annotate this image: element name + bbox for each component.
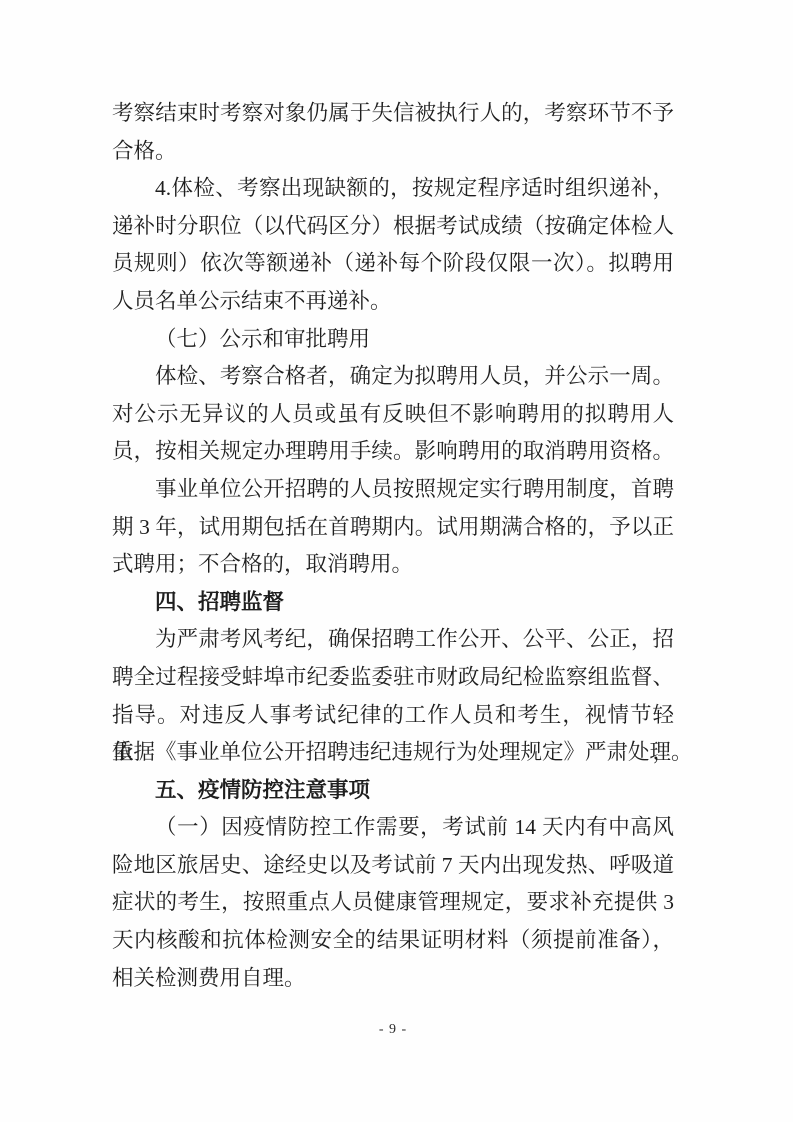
text-line: 体检、考察合格者，确定为拟聘用人员，并公示一周。 <box>112 358 674 396</box>
text-line: 员，按相关规定办理聘用手续。影响聘用的取消聘用资格。 <box>112 433 674 471</box>
text-line: 人员名单公示结束不再递补。 <box>112 283 674 321</box>
text-line: 症状的考生，按照重点人员健康管理规定，要求补充提供 3 <box>112 884 674 922</box>
text-line: 事业单位公开招聘的人员按照规定实行聘用制度，首聘 <box>112 471 674 509</box>
page-number: - 9 - <box>112 1020 674 1040</box>
section-heading: 四、招聘监督 <box>112 584 674 622</box>
text-line: 指导。对违反人事考试纪律的工作人员和考生，视情节轻重， <box>112 697 674 735</box>
document-page: 考察结束时考察对象仍属于失信被执行人的，考察环节不予合格。4.体检、考察出现缺额… <box>0 0 793 1122</box>
document-text-block: 考察结束时考察对象仍属于失信被执行人的，考察环节不予合格。4.体检、考察出现缺额… <box>112 95 674 997</box>
text-line: 相关检测费用自理。 <box>112 960 674 998</box>
text-line: 考察结束时考察对象仍属于失信被执行人的，考察环节不予 <box>112 95 674 133</box>
text-line: 合格。 <box>112 133 674 171</box>
text-line: 险地区旅居史、途经史以及考试前 7 天内出现发热、呼吸道 <box>112 847 674 885</box>
text-line: 4.体检、考察出现缺额的，按规定程序适时组织递补， <box>112 170 674 208</box>
text-line: （一）因疫情防控工作需要，考试前 14 天内有中高风 <box>112 809 674 847</box>
text-line: 依据《事业单位公开招聘违纪违规行为处理规定》严肃处理。 <box>112 734 674 772</box>
text-line: 为严肃考风考纪，确保招聘工作公开、公平、公正，招 <box>112 621 674 659</box>
text-line: 员规则）依次等额递补（递补每个阶段仅限一次）。拟聘用 <box>112 245 674 283</box>
section-heading: 五、疫情防控注意事项 <box>112 772 674 810</box>
text-line: 天内核酸和抗体检测安全的结果证明材料（须提前准备）， <box>112 922 674 960</box>
text-line: 期 3 年，试用期包括在首聘期内。试用期满合格的，予以正 <box>112 509 674 547</box>
text-line: 对公示无异议的人员或虽有反映但不影响聘用的拟聘用人 <box>112 396 674 434</box>
text-line: 聘全过程接受蚌埠市纪委监委驻市财政局纪检监察组监督、 <box>112 659 674 697</box>
text-line: 递补时分职位（以代码区分）根据考试成绩（按确定体检人 <box>112 208 674 246</box>
text-line: （七）公示和审批聘用 <box>112 321 674 359</box>
text-line: 式聘用；不合格的，取消聘用。 <box>112 546 674 584</box>
